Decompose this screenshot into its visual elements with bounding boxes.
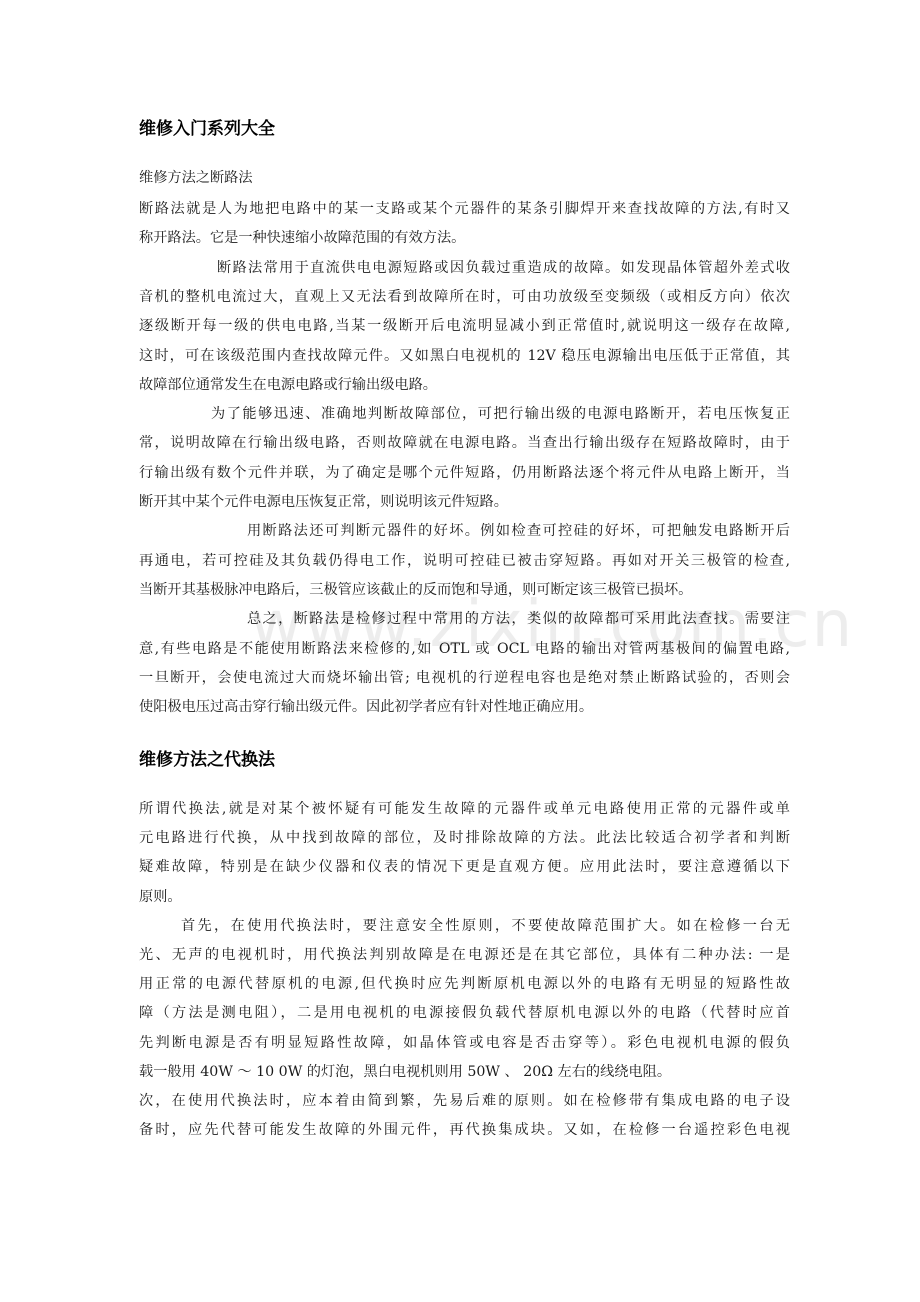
paragraph-line: 用断路法还可判断元器件的好坏。例如检查可控硅的好坏，可把触发电路断开后 <box>247 521 790 541</box>
paragraph-line: 一旦断开，会使电流过大而烧坏输出管; 电视机的行逆程电容也是绝对禁止断路试验的，… <box>139 668 790 688</box>
paragraph-line: 意,有些电路是不能使用断路法来检修的,如 OTL 或 OCL 电路的输出对管两基… <box>139 639 790 659</box>
paragraph-line: 先判断电源是否有明显短路性故障，如晶体管或电容是否击穿等）。彩色电视机电源的假负 <box>139 1033 790 1053</box>
paragraph-line: 疑难故障，特别是在缺少仪器和仪表的情况下更是直观方便。应用此法时，要注意遵循以下 <box>139 857 790 877</box>
document-title: 维修入门系列大全 <box>139 114 275 139</box>
paragraph-line: 断路法常用于直流供电电源短路或因负载过重造成的故障。如发现晶体管超外差式收 <box>217 258 790 278</box>
paragraph-line: 逐级断开每一级的供电电路,当某一级断开后电流明显减小到正常值时,就说明这一级存在… <box>139 316 790 336</box>
paragraph-line: 载一般用 40W ～ 10 0W 的灯泡，黑白电视机则用 50W 、 20Ω 左… <box>139 1062 790 1082</box>
paragraph-line: 这时，可在该级范围内查找故障元件。又如黑白电视机的 12V 稳压电源输出电压低于… <box>139 346 790 366</box>
section-subtitle: 维修方法之断路法 <box>139 168 790 188</box>
paragraph-line: 原则。 <box>139 887 790 907</box>
section-heading: 维修方法之代换法 <box>139 745 275 770</box>
paragraph-line: 断开其中某个元件电源电压恢复正常，则说明该元件短路。 <box>139 492 790 512</box>
paragraph-line: 元电路进行代换，从中找到故障的部位，及时排除故障的方法。此法比较适合初学者和判断 <box>139 828 790 848</box>
paragraph-line: 称开路法。它是一种快速缩小故障范围的有效方法。 <box>139 228 790 248</box>
paragraph-line: 断路法就是人为地把电路中的某一支路或某个元器件的某条引脚焊开来查找故障的方法,有… <box>139 199 790 219</box>
paragraph-line: 障（方法是测电阻），二是用电视机的电源接假负载代替原机电源以外的电路（代替时应首 <box>139 1003 790 1023</box>
paragraph-line: 所谓代换法,就是对某个被怀疑有可能发生故障的元器件或单元电路使用正常的元器件或单 <box>139 799 790 819</box>
paragraph-line: 为了能够迅速、准确地判断故障部位，可把行输出级的电源电路断开，若电压恢复正 <box>211 404 790 424</box>
paragraph-line: 备时，应先代替可能发生故障的外围元件，再代换集成块。又如，在检修一台遥控彩色电视 <box>139 1120 790 1140</box>
paragraph-line: 常，说明故障在行输出级电路，否则故障就在电源电路。当查出行输出级存在短路故障时，… <box>139 433 790 453</box>
paragraph-line: 当断开其基极脉冲电路后，三极管应该截止的反而饱和导通，则可断定该三极管已损坏。 <box>139 580 790 600</box>
paragraph-line: 音机的整机电流过大，直观上又无法看到故障所在时，可由功放级至变频级（或相反方向）… <box>139 287 790 307</box>
document-page: www.zixin.com.cn 维修入门系列大全 维修方法之断路法 断路法就是… <box>0 0 920 1302</box>
paragraph-line: 再通电，若可控硅及其负载仍得电工作，说明可控硅已被击穿短路。再如对开关三极管的检… <box>139 551 790 571</box>
paragraph-line: 总之，断路法是检修过程中常用的方法，类似的故障都可采用此法查找。需要注 <box>247 609 790 629</box>
paragraph-line: 行输出级有数个元件并联，为了确定是哪个元件短路，仍用断路法逐个将元件从电路上断开… <box>139 463 790 483</box>
paragraph-line: 次，在使用代换法时，应本着由简到繁，先易后难的原则。如在检修带有集成电路的电子设 <box>139 1091 790 1111</box>
paragraph-line: 用正常的电源代替原机的电源,但代换时应先判断原机电源以外的电路有无明显的短路性故 <box>139 974 790 994</box>
paragraph-line: 首先，在使用代换法时，要注意安全性原则，不要使故障范围扩大。如在检修一台无 <box>181 916 790 936</box>
paragraph-line: 故障部位通常发生在电源电路或行输出级电路。 <box>139 375 790 395</box>
paragraph-line: 光、无声的电视机时，用代换法判别故障是在电源还是在其它部位，具体有二种办法: 一… <box>139 945 790 965</box>
paragraph-line: 使阳极电压过高击穿行输出级元件。因此初学者应有针对性地正确应用。 <box>139 697 790 717</box>
